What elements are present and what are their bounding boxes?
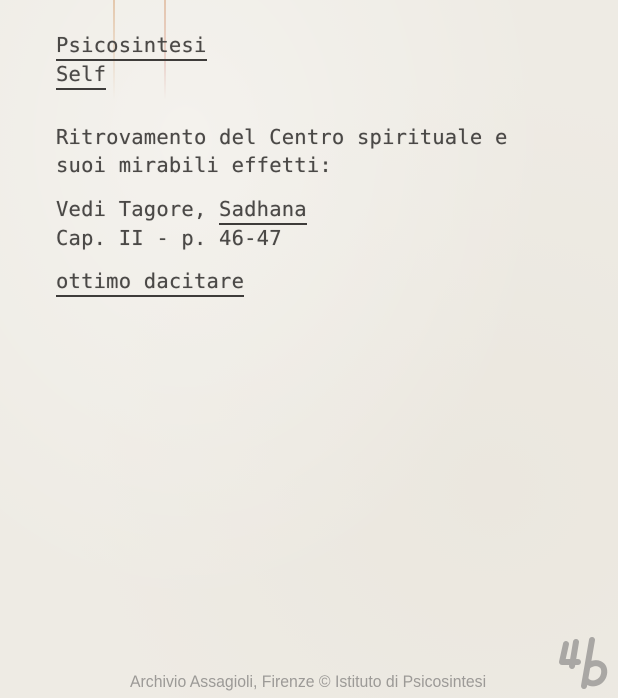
note: ottimo dacitare xyxy=(56,271,244,292)
description-line-1: Ritrovamento del Centro spirituale e xyxy=(56,127,508,148)
heading-subtopic: Self xyxy=(56,64,106,85)
archive-credit: Archivio Assagioli, Firenze © Istituto d… xyxy=(130,672,486,692)
archive-card: Psicosintesi Self Ritrovamento del Centr… xyxy=(0,0,618,698)
reference-book-title: Sadhana xyxy=(219,197,307,225)
reference-line: Vedi Tagore, Sadhana xyxy=(56,199,307,220)
heading-subtopic-text: Self xyxy=(56,62,106,90)
description-line-2: suoi mirabili effetti: xyxy=(56,155,332,176)
heading-topic: Psicosintesi xyxy=(56,35,207,56)
reference-chapter: Cap. II - p. 46-47 xyxy=(56,228,282,249)
note-text: ottimo dacitare xyxy=(56,269,244,297)
archive-monogram-icon xyxy=(556,636,612,692)
reference-prefix: Vedi Tagore, xyxy=(56,197,219,221)
heading-topic-text: Psicosintesi xyxy=(56,33,207,61)
